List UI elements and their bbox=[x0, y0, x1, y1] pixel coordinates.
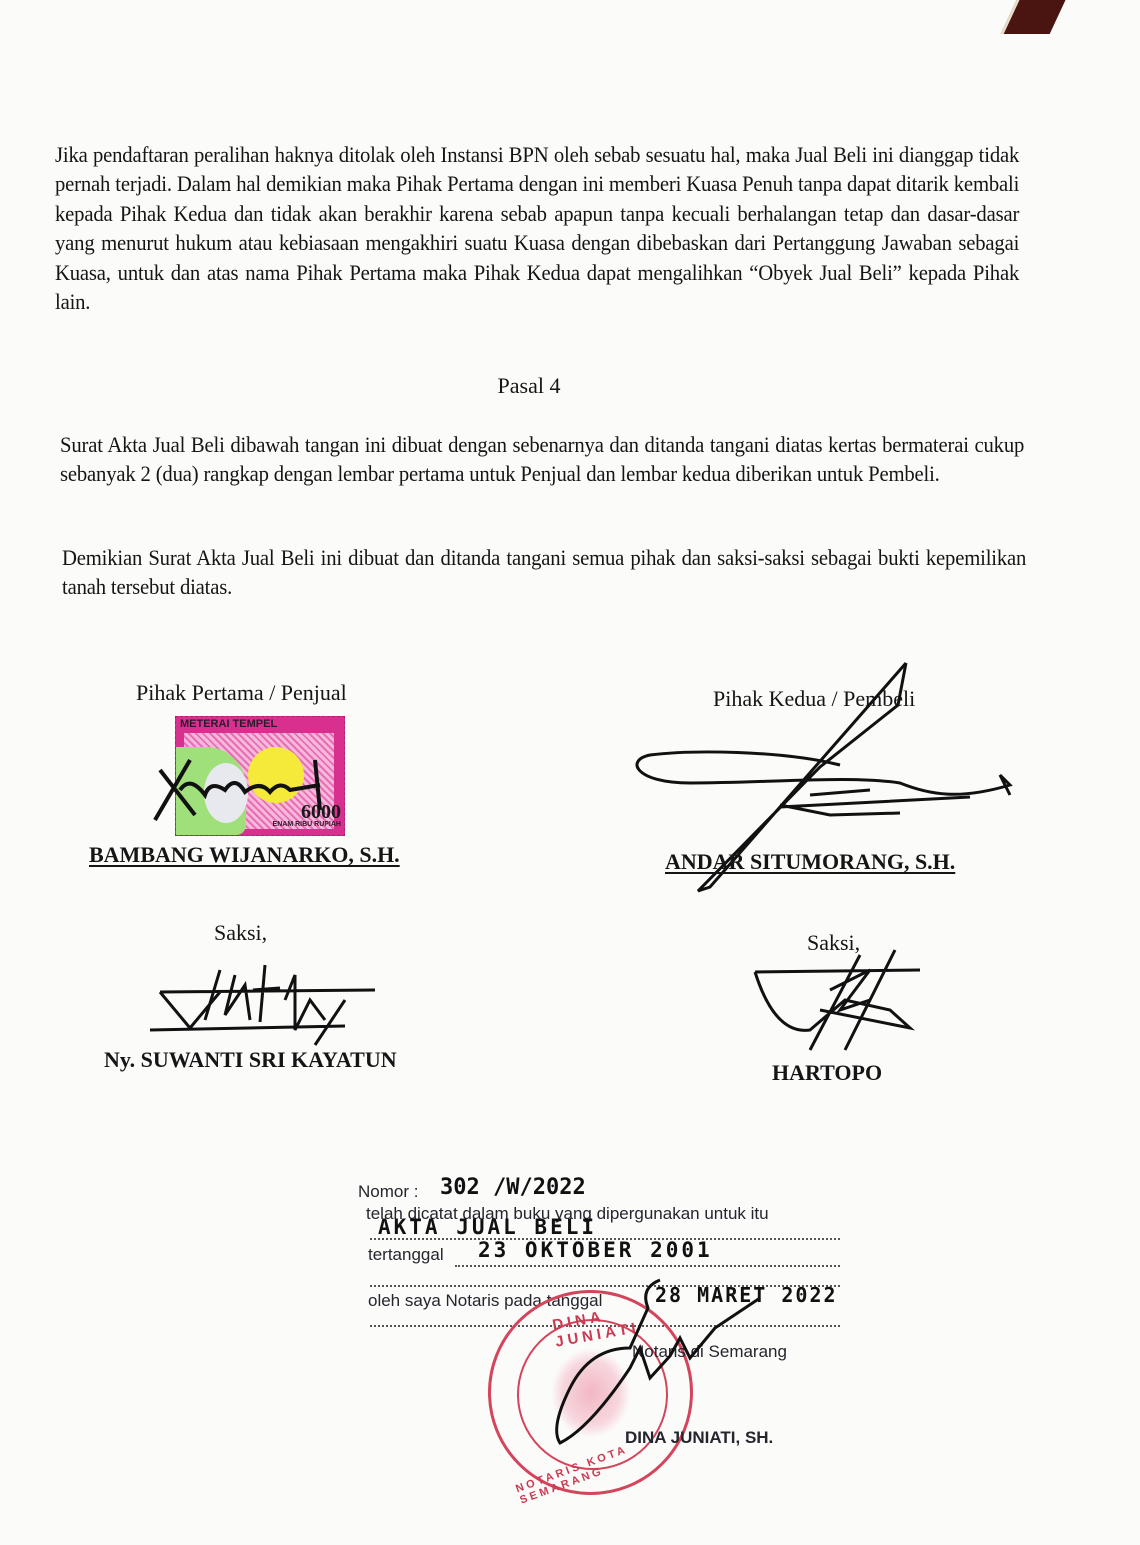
seller-role-label: Pihak Pertama / Penjual bbox=[136, 680, 347, 706]
witness-1-signature-icon bbox=[145, 960, 355, 1050]
seller-signature-icon bbox=[150, 740, 350, 830]
notary-dated-label: tertanggal bbox=[368, 1245, 444, 1265]
witness-1-role-label: Saksi, bbox=[214, 920, 267, 946]
dotted-line bbox=[455, 1265, 840, 1267]
page-corner-mark bbox=[1001, 0, 1069, 34]
seller-name: BAMBANG WIJANARKO, S.H. bbox=[89, 842, 400, 868]
notary-number-label: Nomor : bbox=[358, 1182, 418, 1202]
notary-signature-icon bbox=[530, 1268, 790, 1448]
notary-dated-value: 23 OKTOBER 2001 bbox=[478, 1238, 713, 1262]
notary-number-value: 302 /W/2022 bbox=[440, 1175, 586, 1200]
paragraph-closing: Demikian Surat Akta Jual Beli ini dibuat… bbox=[62, 543, 1026, 602]
buyer-name: ANDAR SITUMORANG, S.H. bbox=[665, 849, 955, 875]
paragraph-copies-clause: Surat Akta Jual Beli dibawah tangan ini … bbox=[60, 430, 1024, 489]
paragraph-revocation-clause: Jika pendaftaran peralihan haknya ditola… bbox=[55, 140, 1019, 316]
article-heading: Pasal 4 bbox=[0, 373, 1058, 399]
witness-2-signature-icon bbox=[750, 950, 930, 1060]
witness-1-name: Ny. SUWANTI SRI KAYATUN bbox=[104, 1047, 397, 1073]
notary-deed-type: AKTA JUAL BELI bbox=[378, 1215, 597, 1239]
stamp-title: METERAI TEMPEL bbox=[180, 718, 277, 730]
witness-2-name: HARTOPO bbox=[772, 1060, 882, 1086]
